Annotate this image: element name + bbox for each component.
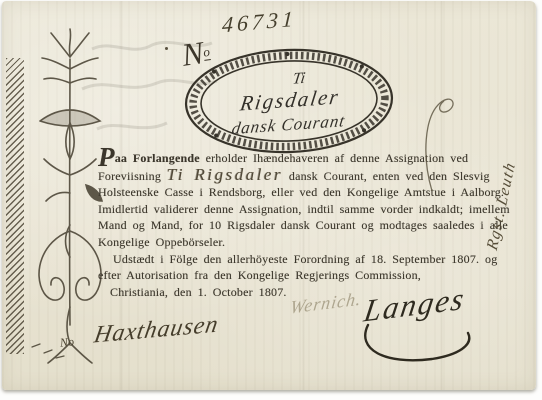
ink-dot [165, 47, 168, 50]
body-line-7: Udstædt i Fölge den allerhöyeste Forordn… [98, 251, 506, 268]
signature-flourish [354, 319, 484, 369]
seal-denomination-word: Ti [292, 70, 307, 88]
serial-number: 46731 [221, 6, 297, 39]
body-line-1-bold: aa Forlangende [115, 151, 200, 165]
banknote-paper: No 46731 Ti Rigsdaler dansk Courant Paa … [2, 1, 536, 390]
body-line-6: Kongelige Oppebörseler. [98, 234, 506, 251]
hatched-border-ornament [6, 58, 24, 354]
seal-denomination-courant: dansk Courant [231, 111, 347, 138]
denomination-emphasis: Ti Rigsdaler [167, 165, 283, 184]
body-line-5: Mand og Mand, for 10 Rigsdaler dansk Cou… [98, 217, 506, 234]
denomination-seal: Ti Rigsdaler dansk Courant [180, 44, 398, 158]
pen-flourish [400, 87, 470, 197]
body-line-4: Imidlertid validerer denne Assignation, … [98, 201, 506, 218]
seal-denomination-currency: Rigsdaler [238, 85, 342, 116]
signature-bottom-label: No [59, 334, 75, 350]
body-line-8: efter Autorisation fra den Kongelige Reg… [98, 267, 506, 284]
body-line-2-prefix: Foreviisning [98, 169, 167, 183]
